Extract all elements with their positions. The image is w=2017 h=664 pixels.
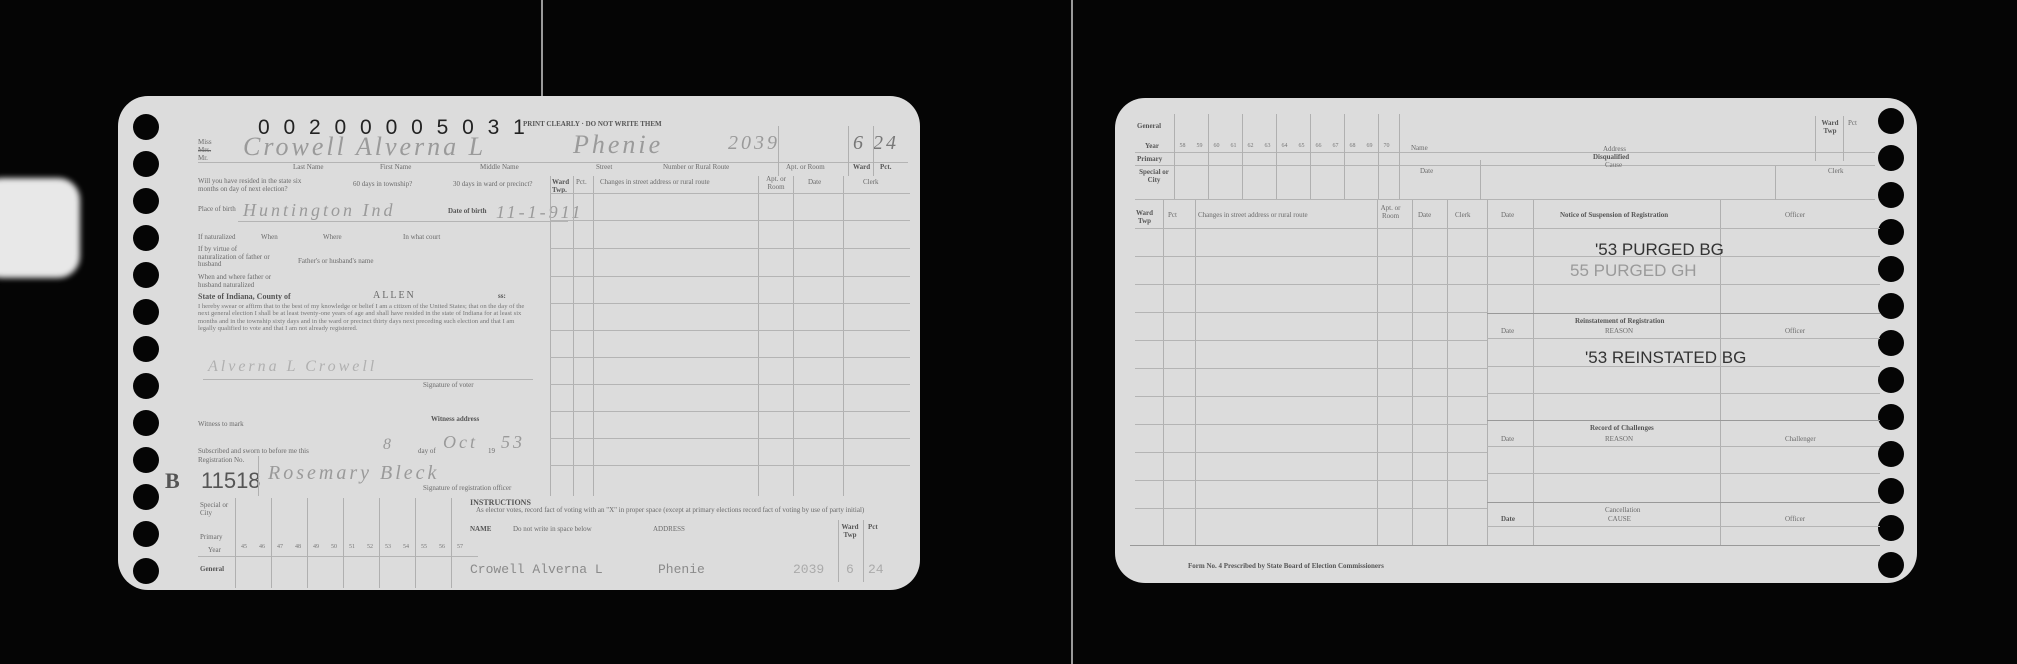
naturalized-when-label: When	[261, 234, 278, 242]
rule	[550, 465, 910, 466]
punch-hole	[1878, 182, 1904, 208]
caption-apt: Apt. or Room	[786, 164, 825, 172]
typed-name: Crowell Alverna L	[470, 562, 603, 577]
typed-ward: 6	[846, 562, 854, 577]
witness-address-label: Witness address	[431, 416, 479, 424]
caption-street: Street	[596, 164, 612, 172]
punch-hole	[133, 336, 159, 362]
vote-row-primary: Primary	[200, 534, 223, 542]
vote-year: 65	[1293, 143, 1310, 149]
rule	[550, 357, 910, 358]
rule	[307, 498, 308, 588]
rule	[1310, 114, 1311, 199]
reinstatement-date-label: Date	[1501, 328, 1514, 336]
rule	[1174, 114, 1175, 199]
suspension-officer-label: Officer	[1785, 212, 1805, 220]
rule	[1344, 114, 1345, 199]
vote-year: 69	[1361, 143, 1378, 149]
naturalized-where-label: Where	[323, 234, 342, 242]
rule	[1276, 114, 1277, 199]
punch-hole	[133, 447, 159, 473]
rule	[258, 456, 259, 496]
voter-name-handwritten: Crowell Alverna L	[243, 132, 486, 162]
signature-caption: Signature of voter	[423, 382, 474, 390]
rule	[550, 193, 910, 194]
punch-hole	[133, 558, 159, 584]
reinstatement-stamp: '53 REINSTATED BG	[1585, 348, 1746, 368]
ward-handwritten: 6	[853, 132, 866, 155]
caption-number: Number or Rural Route	[663, 164, 729, 172]
cancellation-cause-label: CAUSE	[1608, 516, 1631, 524]
oath-ss: ss:	[498, 293, 506, 301]
rule	[1487, 446, 1880, 447]
changes-header-pct: Pct.	[576, 179, 587, 187]
rule	[863, 520, 864, 582]
rule	[1487, 338, 1880, 339]
subscribed-day: 8	[383, 436, 394, 454]
changes-header-address: Changes in street address or rural route	[1198, 212, 1308, 220]
punch-hole	[133, 225, 159, 251]
oath-body: I hereby swear or affirm that to the bes…	[198, 303, 528, 332]
rule	[1815, 116, 1816, 161]
rule	[1487, 393, 1880, 394]
rule	[1135, 396, 1487, 397]
vote-year: 64	[1276, 143, 1293, 149]
challenges-challenger-label: Challenger	[1785, 436, 1816, 444]
residence-township-question: 60 days in township?	[353, 181, 423, 189]
date-of-birth-label: Date of birth	[448, 208, 488, 216]
rule	[1412, 200, 1413, 545]
caption-ward: Ward	[853, 164, 870, 172]
registration-number: 11518	[201, 468, 261, 494]
registration-prefix: B	[165, 468, 180, 494]
vote-year: 57	[451, 544, 469, 550]
vote-year: 47	[271, 544, 289, 550]
vote-year: 56	[433, 544, 451, 550]
precinct-handwritten: 24	[873, 132, 899, 155]
vote-year: 63	[1259, 143, 1276, 149]
challenges-heading: Record of Challenges	[1590, 425, 1654, 433]
vote-year: 66	[1310, 143, 1327, 149]
transfer-cause-label: Cause	[1605, 162, 1622, 170]
overexposed-blob	[0, 178, 80, 278]
rule	[1487, 502, 1880, 503]
vote-year: 49	[307, 544, 325, 550]
challenges-date-label: Date	[1501, 436, 1514, 444]
punch-hole	[133, 188, 159, 214]
subscribed-label: Subscribed and sworn to before me this	[198, 448, 309, 456]
rule	[238, 221, 568, 222]
changes-header-pct: Pct	[1168, 212, 1177, 220]
vote-row-special: Special or City	[200, 502, 230, 517]
rule	[550, 220, 910, 221]
vote-year: 58	[1174, 143, 1191, 149]
changes-header-ward: Ward Twp	[1132, 210, 1157, 225]
typed-pct: 24	[868, 562, 884, 577]
punch-hole	[1878, 441, 1904, 467]
challenges-reason-label: REASON	[1605, 436, 1633, 444]
rule	[1135, 508, 1487, 509]
vote-year: 54	[397, 544, 415, 550]
rule	[379, 498, 380, 588]
vote-year: 51	[343, 544, 361, 550]
rule	[1135, 312, 1487, 313]
vote-year: 52	[361, 544, 379, 550]
house-number-handwritten: 2039	[728, 132, 780, 155]
suspension-date-label: Date	[1501, 212, 1514, 220]
rule	[1377, 200, 1378, 545]
punch-hole	[1878, 256, 1904, 282]
vote-year: 48	[289, 544, 307, 550]
film-divider-line	[541, 0, 543, 100]
instructions-name-label: NAME	[470, 526, 491, 534]
rule	[1208, 114, 1209, 199]
place-of-birth-label: Place of birth	[198, 206, 238, 214]
rule	[1487, 256, 1880, 257]
rule	[1135, 480, 1487, 481]
punch-hole	[1878, 404, 1904, 430]
rule	[550, 330, 910, 331]
changes-header-clerk: Clerk	[863, 179, 879, 187]
transfer-date-label: Date	[1420, 168, 1433, 176]
subscribed-year-prefix: 19	[488, 448, 495, 456]
punch-hole	[1878, 108, 1904, 134]
typed-street: Phenie	[658, 562, 705, 577]
reinstatement-officer-label: Officer	[1785, 328, 1805, 336]
subscribed-month: Oct	[443, 432, 478, 453]
rule	[848, 126, 849, 176]
rule	[593, 176, 594, 496]
instructions-pct-label: Pct	[868, 524, 878, 532]
oath-county: ALLEN	[373, 290, 416, 301]
rule	[1135, 199, 1875, 200]
rule	[343, 498, 344, 588]
suspension-heading: Notice of Suspension of Registration	[1560, 212, 1668, 220]
witness-label: Witness to mark	[198, 421, 244, 429]
changes-header-date: Date	[808, 179, 821, 187]
subscribed-day-of: day of	[418, 448, 436, 456]
vote-year: 68	[1344, 143, 1361, 149]
instructions-do-not-write: Do not write in space below	[513, 526, 592, 534]
rule	[573, 176, 574, 496]
changes-header-address: Changes in street address or rural route	[600, 179, 710, 187]
rule	[758, 176, 759, 496]
punch-hole	[133, 299, 159, 325]
vote-row-general: General	[200, 566, 224, 574]
father-when-where-label: When and where father or husband natural…	[198, 274, 288, 289]
rule	[198, 556, 478, 557]
rule	[1135, 256, 1487, 257]
rule	[1378, 114, 1379, 199]
caption-pct: Pct.	[880, 164, 891, 172]
rule	[1487, 284, 1880, 285]
residence-precinct-question: 30 days in ward or precinct?	[453, 181, 543, 189]
vote-year: 55	[415, 544, 433, 550]
residence-state-question: Will you have resided in the state six m…	[198, 178, 318, 193]
vote-year: 67	[1327, 143, 1344, 149]
father-naturalization-label: If by virtue of naturalization of father…	[198, 246, 273, 269]
rule	[203, 379, 533, 380]
rule	[1487, 366, 1880, 367]
registrar-caption: Signature of registration officer	[423, 485, 511, 493]
rule	[1242, 114, 1243, 199]
film-divider-line	[1071, 0, 1073, 664]
rule	[843, 176, 844, 496]
reinstatement-heading: Reinstatement of Registration	[1575, 318, 1664, 326]
cancellation-heading: Cancellation	[1605, 507, 1640, 515]
suspension-stamp-purged-53: '53 PURGED BG	[1595, 240, 1724, 260]
vote-year: 50	[325, 544, 343, 550]
punch-hole	[133, 114, 159, 140]
rule	[1130, 545, 1880, 546]
punch-hole	[1878, 145, 1904, 171]
rule	[1487, 526, 1880, 527]
punch-hole	[1878, 293, 1904, 319]
transfer-clerk-label: Clerk	[1828, 168, 1844, 176]
rule	[873, 126, 874, 176]
rule	[1775, 166, 1776, 200]
transfer-name-label: Name	[1411, 145, 1428, 153]
rule	[550, 303, 910, 304]
oath-heading: State of Indiana, County of	[198, 293, 291, 302]
subscribed-year: 53	[501, 432, 525, 453]
changes-header-date: Date	[1418, 212, 1431, 220]
vote-row-general: General	[1137, 123, 1161, 131]
punch-hole	[1878, 552, 1904, 578]
punch-hole	[1878, 367, 1904, 393]
vote-row-year: Year	[1145, 143, 1159, 151]
vote-year: 62	[1242, 143, 1259, 149]
rule	[550, 276, 910, 277]
rule	[1533, 200, 1534, 545]
rule	[1135, 340, 1487, 341]
rule	[1163, 200, 1164, 545]
vote-year: 46	[253, 544, 271, 550]
rule	[1135, 165, 1875, 166]
rule	[1487, 313, 1880, 314]
vote-year: 45	[235, 544, 253, 550]
vote-row-year: Year	[208, 547, 221, 555]
punch-hole	[133, 151, 159, 177]
changes-header-clerk: Clerk	[1455, 212, 1471, 220]
registration-number-label: Registration No.	[198, 457, 244, 465]
punch-hole	[1878, 478, 1904, 504]
street-handwritten: Phenie	[573, 130, 663, 160]
rule	[415, 498, 416, 588]
typed-number: 2039	[793, 562, 824, 577]
naturalized-court-label: In what court	[403, 234, 440, 242]
rule	[1843, 116, 1844, 161]
instructions-address-label: ADDRESS	[653, 526, 685, 534]
punch-hole	[1878, 515, 1904, 541]
rule	[1135, 452, 1487, 453]
cancellation-date-label: Date	[1501, 516, 1515, 524]
punch-hole	[133, 262, 159, 288]
changes-header-apt: Apt. or Room	[1378, 205, 1403, 220]
form-footer: Form No. 4 Prescribed by State Board of …	[1188, 563, 1384, 571]
voter-signature: Alverna L Crowell	[208, 358, 377, 376]
vote-year: 61	[1225, 143, 1242, 149]
rule	[1135, 228, 1880, 229]
rule	[550, 411, 910, 412]
rule	[271, 498, 272, 588]
rule	[235, 498, 236, 588]
rule	[778, 126, 779, 176]
caption-middle-name: Middle Name	[480, 164, 519, 172]
instructions-ward-label: Ward Twp	[840, 524, 860, 539]
vote-year: 70	[1378, 143, 1395, 149]
registration-card-front: 0 0 2 0 0 0 0 5 0 3 1 PRINT CLEARLY · DO…	[118, 96, 920, 590]
caption-first-name: First Name	[380, 164, 411, 172]
rule	[1487, 420, 1880, 421]
punch-hole	[133, 484, 159, 510]
rule	[1135, 368, 1487, 369]
punch-hole	[133, 410, 159, 436]
rule	[838, 520, 839, 582]
vote-year: 60	[1208, 143, 1225, 149]
vote-year: 53	[379, 544, 397, 550]
rule	[1135, 424, 1487, 425]
rule	[1487, 200, 1488, 545]
instructions-body: As elector votes, record fact of voting …	[476, 507, 876, 515]
punch-hole	[1878, 330, 1904, 356]
place-of-birth-handwritten: Huntington Ind	[243, 200, 396, 221]
header-instruction: PRINT CLEARLY · DO NOT WRITE THEM	[523, 121, 662, 129]
father-name-label: Father's or husband's name	[298, 258, 373, 266]
rule	[550, 438, 910, 439]
if-naturalized-label: If naturalized	[198, 234, 236, 242]
changes-header-apt: Apt. or Room	[761, 176, 791, 191]
transfer-pct-label: Pct	[1848, 120, 1857, 128]
rule	[550, 176, 551, 496]
rule	[1487, 473, 1880, 474]
cancellation-officer-label: Officer	[1785, 516, 1805, 524]
rule	[1135, 284, 1487, 285]
caption-last-name: Last Name	[293, 164, 324, 172]
transfer-ward-label: Ward Twp	[1820, 120, 1840, 135]
rule	[550, 248, 910, 249]
punch-hole	[1878, 219, 1904, 245]
registrar-signature: Rosemary Bleck	[268, 462, 439, 485]
punch-hole	[133, 373, 159, 399]
reinstatement-reason-label: REASON	[1605, 328, 1633, 336]
rule	[1447, 200, 1448, 545]
vote-row-special: Special or City	[1139, 169, 1169, 184]
rule	[793, 176, 794, 496]
rule	[1195, 200, 1196, 545]
suspension-stamp-purged-55: 55 PURGED GH	[1570, 261, 1697, 281]
registration-card-back: General Year Primary Special or City 58 …	[1115, 98, 1917, 583]
punch-hole	[133, 521, 159, 547]
rule	[1480, 160, 1481, 200]
vote-year: 59	[1191, 143, 1208, 149]
rule	[550, 384, 910, 385]
rule	[1399, 114, 1400, 199]
vote-row-primary: Primary	[1137, 156, 1162, 164]
rule	[451, 498, 452, 588]
